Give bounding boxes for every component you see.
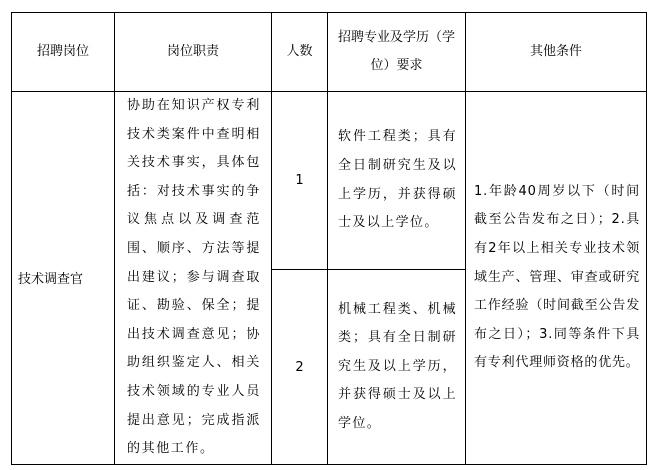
count-cell: 1 (272, 92, 328, 270)
major-requirement-cell: 软件工程类；具有全日制研究生及以上学历，并获得硕士及以上学位。 (328, 92, 466, 270)
other-conditions-cell: 1.年龄40周岁以下（时间截至公告发布之日）；2.具有2年以上相关专业技术领域生… (466, 92, 647, 465)
header-count: 人数 (272, 13, 328, 92)
header-duties: 岗位职责 (115, 13, 272, 92)
major-requirement-cell: 机械工程类、机械类；具有全日制研究生及以上学历，并获得硕士及以上学位。 (328, 270, 466, 464)
count-cell: 2 (272, 270, 328, 464)
table-header-row: 招聘岗位 岗位职责 人数 招聘专业及学历（学位）要求 其他条件 (12, 13, 647, 92)
table-row: 技术调查官 协助在知识产权专利技术类案件中查明相关技术事实，具体包括：对技术事实… (12, 92, 647, 270)
header-other-conditions: 其他条件 (466, 13, 647, 92)
position-cell: 技术调查官 (12, 92, 115, 465)
duties-cell: 协助在知识产权专利技术类案件中查明相关技术事实，具体包括：对技术事实的争议焦点以… (115, 92, 272, 465)
header-major-requirement: 招聘专业及学历（学位）要求 (328, 13, 466, 92)
recruitment-table: 招聘岗位 岗位职责 人数 招聘专业及学历（学位）要求 其他条件 技术调查官 协助… (11, 12, 647, 465)
header-position: 招聘岗位 (12, 13, 115, 92)
